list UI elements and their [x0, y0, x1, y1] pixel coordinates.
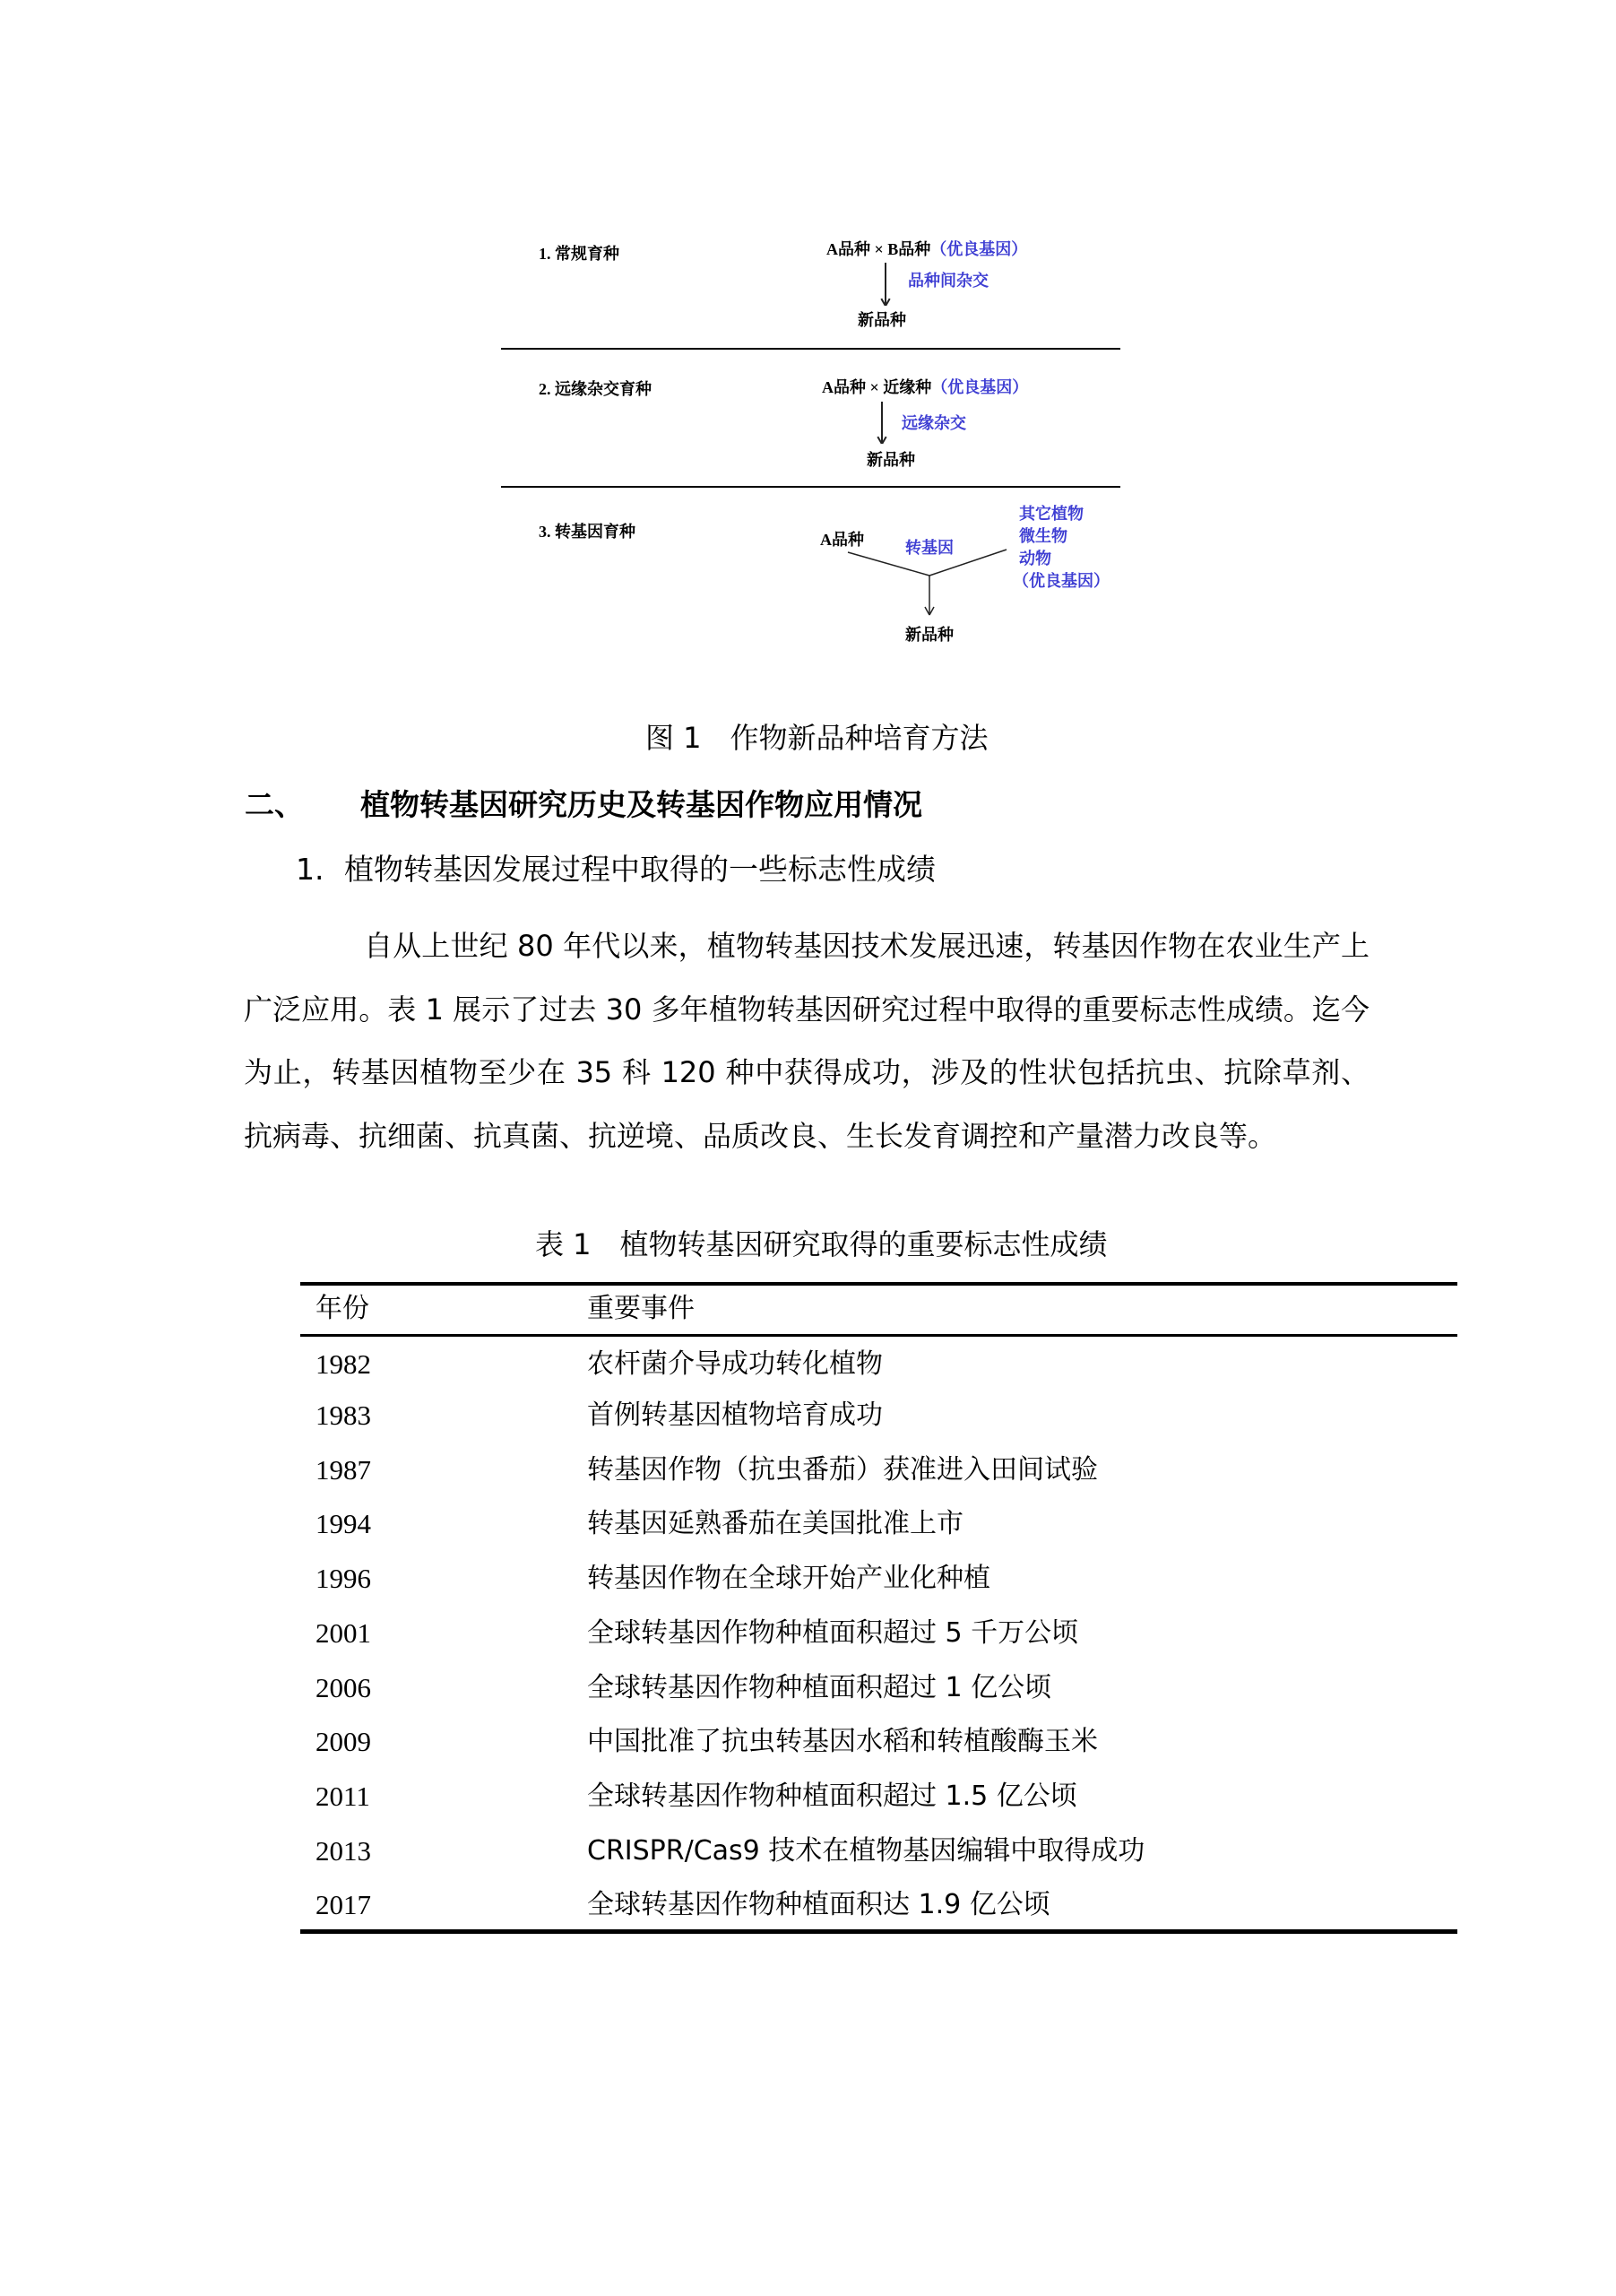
row-event: 转基因延熟番茄在美国批准上市 — [587, 1506, 964, 1542]
figure-divider — [501, 486, 1120, 488]
row-year: 2006 — [315, 1670, 371, 1706]
method-1-cross: A品种 × B品种（优良基因） — [826, 239, 1027, 259]
row-event: 全球转基因作物种植面积超过 5 千万公顷 — [587, 1616, 1078, 1651]
header-year: 年份 — [315, 1291, 369, 1327]
source-other-plants: 其它植物 — [1019, 503, 1110, 525]
table-caption: 表 1 植物转基因研究取得的重要标志性成绩 — [535, 1226, 1108, 1262]
method-2-label: 2. 远缘杂交育种 — [539, 379, 652, 399]
figure-caption: 图 1 作物新品种培育方法 — [645, 720, 989, 756]
row-year: 2017 — [315, 1887, 371, 1923]
method-3-sources-right: 其它植物 微生物 动物 （优良基因） — [1019, 503, 1110, 593]
row-year: 2011 — [315, 1779, 370, 1815]
method-1-cross-parents: A品种 × B品种 — [826, 240, 930, 258]
row-event: 首例转基因植物培育成功 — [587, 1398, 883, 1434]
row-year: 1982 — [315, 1347, 371, 1382]
method-2-process: 远缘杂交 — [902, 413, 966, 433]
section-title: 植物转基因研究历史及转基因作物应用情况 — [360, 787, 922, 823]
row-event: 转基因作物（抗虫番茄）获准进入田间试验 — [587, 1452, 1098, 1488]
row-year: 2009 — [315, 1724, 371, 1760]
method-2-cross-gene-note: （优良基因） — [931, 378, 1028, 396]
method-1-label: 1. 常规育种 — [539, 244, 619, 264]
section-number: 二、 — [245, 787, 304, 823]
row-year: 1994 — [315, 1506, 371, 1542]
table-bottom-rule — [300, 1929, 1457, 1934]
method-1-result: 新品种 — [858, 310, 906, 330]
row-event: 农杆菌介导成功转化植物 — [587, 1347, 883, 1382]
row-event: 全球转基因作物种植面积超过 1.5 亿公顷 — [587, 1779, 1077, 1815]
table-header-rule — [300, 1334, 1457, 1337]
method-2-arrow-shaft — [881, 402, 883, 443]
row-year: 1983 — [315, 1398, 371, 1434]
method-1-arrow-shaft — [885, 263, 886, 305]
row-year: 1996 — [315, 1561, 371, 1597]
method-3-result: 新品种 — [905, 625, 954, 645]
subsection-number: 1. — [296, 852, 324, 888]
source-animals: 动物 — [1019, 548, 1110, 570]
method-2-result: 新品种 — [867, 450, 915, 470]
source-gene-note: （优良基因） — [1013, 570, 1110, 593]
row-event: CRISPR/Cas9 技术在植物基因编辑中取得成功 — [587, 1833, 1145, 1869]
method-2-cross-parents: A品种 × 近缘种 — [822, 378, 931, 396]
row-event: 中国批准了抗虫转基因水稻和转植酸酶玉米 — [587, 1724, 1098, 1760]
source-microbes: 微生物 — [1019, 525, 1110, 548]
transgene-merge-lines — [843, 542, 1013, 623]
body-paragraph: 自从上世纪 80 年代以来，植物转基因技术发展迅速，转基因作物在农业生产上广泛应… — [244, 914, 1370, 1167]
method-2-cross: A品种 × 近缘种（优良基因） — [822, 377, 1028, 397]
row-year: 2013 — [315, 1833, 371, 1869]
row-event: 全球转基因作物种植面积超过 1 亿公顷 — [587, 1670, 1051, 1706]
header-event: 重要事件 — [587, 1291, 695, 1327]
method-3-label: 3. 转基因育种 — [539, 522, 635, 542]
figure-divider — [501, 348, 1120, 350]
row-event: 转基因作物在全球开始产业化种植 — [587, 1561, 990, 1597]
row-event: 全球转基因作物种植面积达 1.9 亿公顷 — [587, 1887, 1050, 1923]
table-top-rule — [300, 1282, 1457, 1286]
row-year: 2001 — [315, 1616, 371, 1651]
subsection-title: 植物转基因发展过程中取得的一些标志性成绩 — [344, 852, 936, 888]
method-1-process: 品种间杂交 — [908, 271, 989, 290]
method-1-cross-gene-note: （优良基因） — [930, 240, 1027, 258]
row-year: 1987 — [315, 1452, 371, 1488]
